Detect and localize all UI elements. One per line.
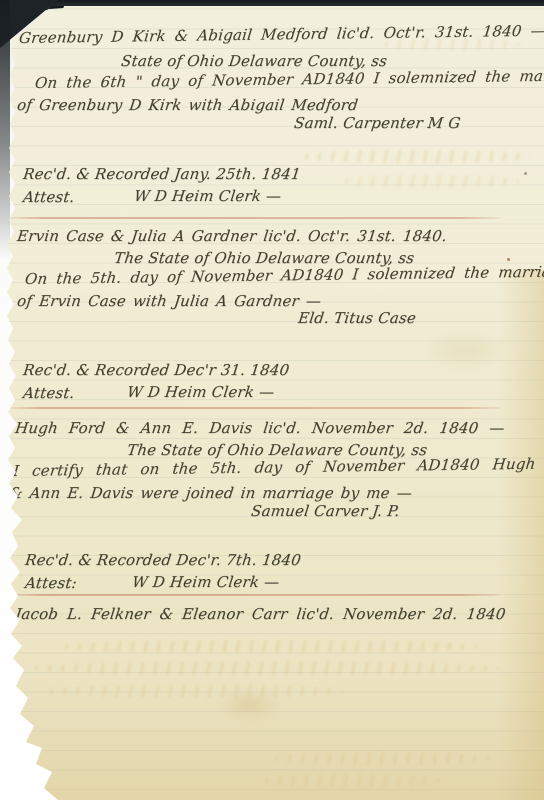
entry-names-line: & Ann E. Davis were joined in marriage b… [8,483,413,503]
entry-names-line: of Ervin Case with Julia A Gardner — [16,291,322,311]
entry-names-line: of Greenbury D Kirk with Abigail Medford [16,95,359,115]
ink-speck [524,172,527,175]
bleed-through-mark [60,640,480,653]
officiant-signature: Samuel Carver J. P. [250,501,401,521]
clerk-signature: W D Heim Clerk — [126,382,276,402]
clerk-signature: W D Heim Clerk — [133,186,283,206]
officiant-signature: Eld. Titus Case [297,308,417,328]
entry-divider [4,594,500,596]
entry-divider [4,407,500,409]
officiant-signature: Saml. Carpenter M G [293,113,462,133]
record-received-line: Rec'd. & Recorded Jany. 25th. 1841 [22,164,302,184]
clerk-signature: W D Heim Clerk — [131,572,281,592]
bleed-through-mark [45,685,345,698]
record-received-line: Rec'd. & Recorded Dec'r 31. 1840 [22,360,291,380]
bleed-through-mark [340,175,520,188]
scan-dark-edge-left [0,0,10,260]
paper-stain [420,330,510,370]
entry-license-line: Jacob L. Felkner & Eleanor Carr lic'd. N… [14,604,507,624]
bleed-through-mark [270,752,490,765]
bleed-through-mark [260,774,440,787]
record-received-line: Rec'd. & Recorded Dec'r. 7th. 1840 [24,550,302,570]
bleed-through-mark [300,150,530,163]
entry-divider [4,217,500,219]
paper-stain [220,690,280,720]
record-attest-label: Attest: [24,573,78,593]
record-attest-label: Attest. [22,383,76,403]
scanned-document: Greenbury D Kirk & Abigail Medford lic'd… [0,0,544,800]
bleed-through-mark [30,662,500,675]
entry-license-line: Ervin Case & Julia A Gardner lic'd. Oct'… [16,226,448,246]
entry-license-line: Hugh Ford & Ann E. Davis lic'd. November… [14,418,506,438]
red-ink-speck [507,258,510,261]
record-attest-label: Attest. [22,187,76,207]
ledger-page: Greenbury D Kirk & Abigail Medford lic'd… [0,0,544,800]
